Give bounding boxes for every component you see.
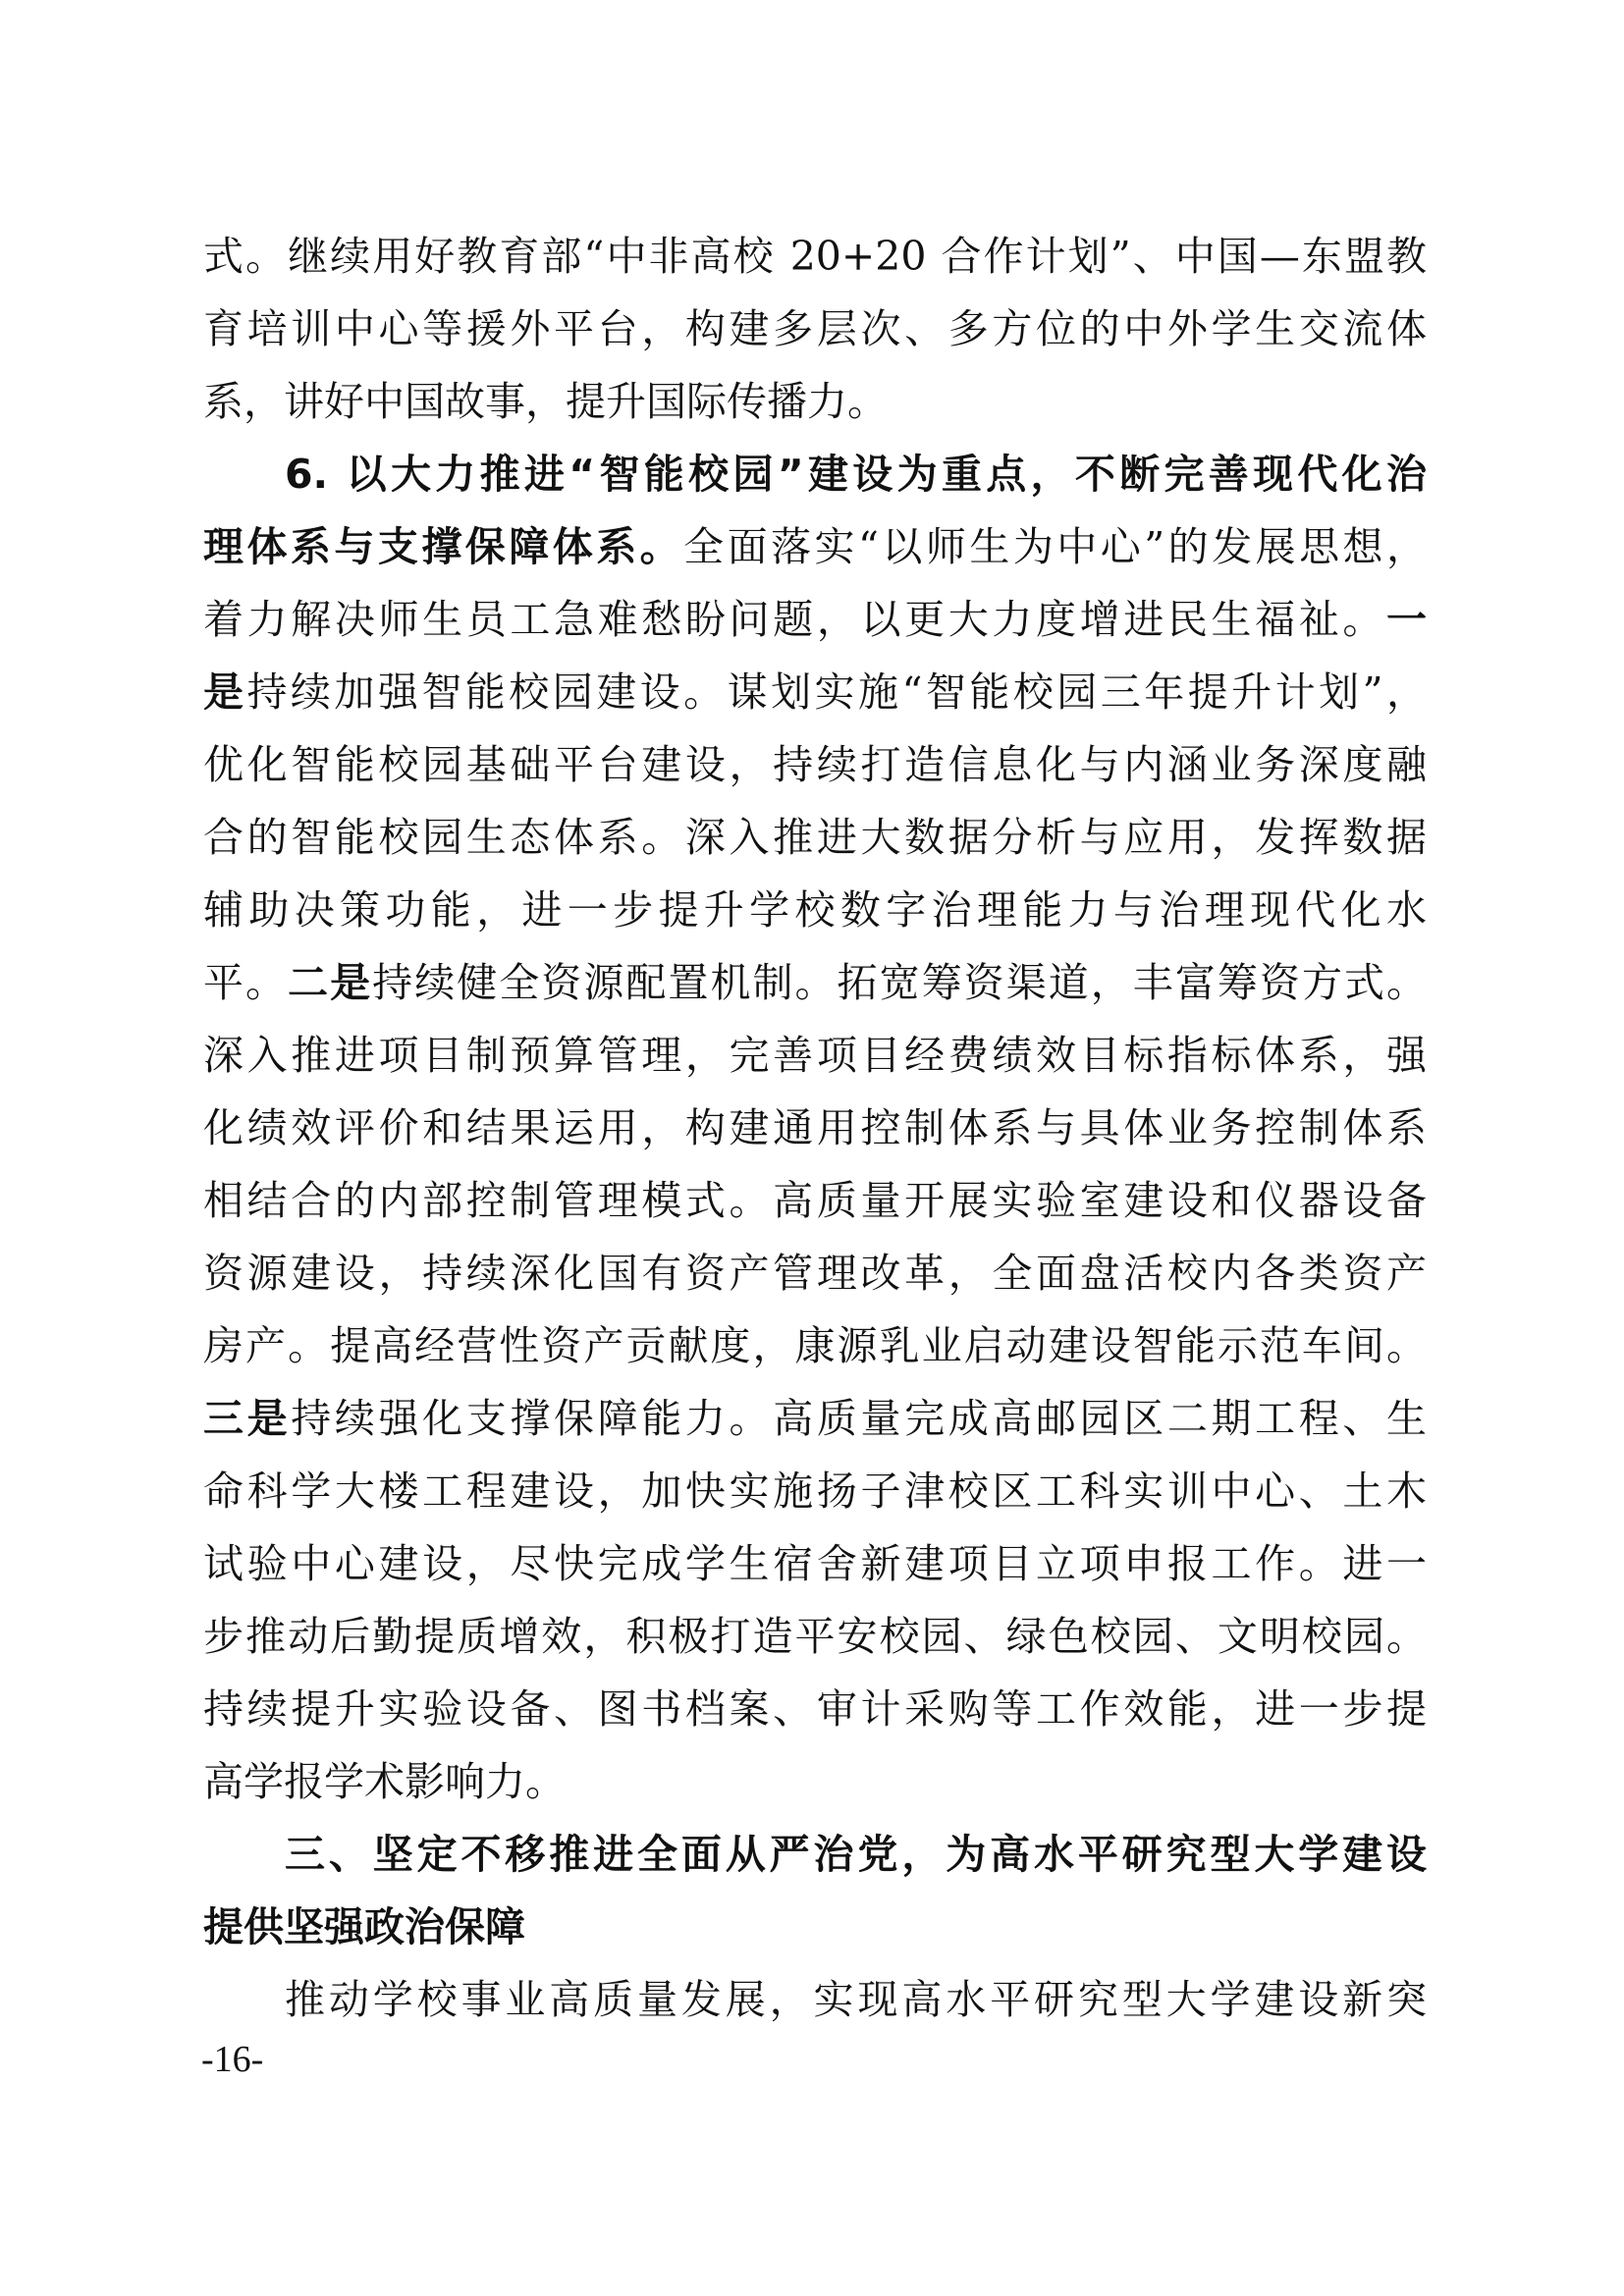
text-run: 试验中心建设，尽快完成学生宿舍新建项目立项申报工作。进一 bbox=[203, 1540, 1427, 1587]
bold-text-run: 二是 bbox=[288, 959, 372, 1006]
text-run: 辅助决策功能，进一步提升学校数字治理能力与治理现代化水 bbox=[203, 886, 1427, 934]
text-run: 持续强化支撑保障能力。高质量完成高邮园区二期工程、生 bbox=[291, 1395, 1427, 1442]
text-run: 持续提升实验设备、图书档案、审计采购等工作效能，进一步提 bbox=[203, 1685, 1427, 1733]
text-run: 高学报学术影响力。 bbox=[203, 1758, 566, 1805]
text-run: 化绩效评价和结果运用，构建通用控制体系与具体业务控制体系 bbox=[203, 1104, 1427, 1151]
body-line: 命科学大楼工程建设，加快实施扬子津校区工科实训中心、土木 bbox=[203, 1455, 1427, 1527]
body-line: 系，讲好中国故事，提升国际传播力。 bbox=[203, 365, 1427, 438]
bold-text-run: 提供坚强政治保障 bbox=[203, 1903, 525, 1950]
text-run: 相结合的内部控制管理模式。高质量开展实验室建设和仪器设备 bbox=[203, 1177, 1427, 1224]
bold-text-run: 三、坚定不移推进全面从严治党，为高水平研究型大学建设 bbox=[285, 1831, 1427, 1878]
text-run: 式。继续用好教育部“中非高校 20+20 合作计划”、中国—东盟教 bbox=[203, 233, 1427, 280]
body-line: 合的智能校园生态体系。深入推进大数据分析与应用，发挥数据 bbox=[203, 801, 1427, 874]
body-line: 辅助决策功能，进一步提升学校数字治理能力与治理现代化水 bbox=[203, 874, 1427, 946]
page-number: -16- bbox=[201, 2038, 263, 2081]
text-run: 资源建设，持续深化国有资产管理改革，全面盘活校内各类资产 bbox=[203, 1250, 1427, 1297]
body-line: 持续提升实验设备、图书档案、审计采购等工作效能，进一步提 bbox=[203, 1673, 1427, 1745]
body-line: 优化智能校园基础平台建设，持续打造信息化与内涵业务深度融 bbox=[203, 728, 1427, 801]
body-line: 资源建设，持续深化国有资产管理改革，全面盘活校内各类资产 bbox=[203, 1237, 1427, 1309]
text-run: 系，讲好中国故事，提升国际传播力。 bbox=[203, 378, 888, 425]
body-line: 理体系与支撑保障体系。全面落实“以师生为中心”的发展思想， bbox=[203, 510, 1427, 583]
body-line: 式。继续用好教育部“中非高校 20+20 合作计划”、中国—东盟教 bbox=[203, 220, 1427, 293]
text-run: 命科学大楼工程建设，加快实施扬子津校区工科实训中心、土木 bbox=[203, 1468, 1427, 1515]
text-run: 育培训中心等援外平台，构建多层次、多方位的中外学生交流体 bbox=[203, 305, 1427, 352]
body-line: 化绩效评价和结果运用，构建通用控制体系与具体业务控制体系 bbox=[203, 1092, 1427, 1164]
body-line: 三是持续强化支撑保障能力。高质量完成高邮园区二期工程、生 bbox=[203, 1382, 1427, 1455]
body-line: 高学报学术影响力。 bbox=[203, 1745, 1427, 1818]
body-line: 相结合的内部控制管理模式。高质量开展实验室建设和仪器设备 bbox=[203, 1164, 1427, 1237]
text-run: 优化智能校园基础平台建设，持续打造信息化与内涵业务深度融 bbox=[203, 741, 1427, 788]
chapter-heading-3: 三、坚定不移推进全面从严治党，为高水平研究型大学建设 bbox=[285, 1818, 1427, 1891]
bold-text-run: 6. 以大力推进“智能校园”建设为重点，不断完善现代化治 bbox=[285, 451, 1427, 498]
text-run: 合的智能校园生态体系。深入推进大数据分析与应用，发挥数据 bbox=[203, 814, 1427, 861]
text-run: 房产。提高经营性资产贡献度，康源乳业启动建设智能示范车间。 bbox=[203, 1322, 1427, 1369]
chapter-heading-3-cont: 提供坚强政治保障 bbox=[203, 1891, 1427, 1963]
bold-text-run: 是 bbox=[203, 668, 246, 716]
text-run: 步推动后勤提质增效，积极打造平安校园、绿色校园、文明校园。 bbox=[203, 1613, 1427, 1660]
section-heading-6: 6. 以大力推进“智能校园”建设为重点，不断完善现代化治 bbox=[285, 438, 1427, 510]
bold-text-run: 三是 bbox=[203, 1395, 291, 1442]
body-line: 是持续加强智能校园建设。谋划实施“智能校园三年提升计划”， bbox=[203, 656, 1427, 728]
document-page: 式。继续用好教育部“中非高校 20+20 合作计划”、中国—东盟教 育培训中心等… bbox=[0, 0, 1624, 2296]
bold-text-run: 一 bbox=[1386, 596, 1427, 643]
text-run: 着力解决师生员工急难愁盼问题，以更大力度增进民生福祉。 bbox=[203, 596, 1386, 643]
body-line: 着力解决师生员工急难愁盼问题，以更大力度增进民生福祉。一 bbox=[203, 583, 1427, 656]
text-run: 深入推进项目制预算管理，完善项目经费绩效目标指标体系，强 bbox=[203, 1032, 1427, 1079]
bold-text-run: 理体系与支撑保障体系。 bbox=[203, 523, 683, 570]
body-line: 深入推进项目制预算管理，完善项目经费绩效目标指标体系，强 bbox=[203, 1019, 1427, 1092]
body-line: 试验中心建设，尽快完成学生宿舍新建项目立项申报工作。进一 bbox=[203, 1527, 1427, 1600]
body-line: 房产。提高经营性资产贡献度，康源乳业启动建设智能示范车间。 bbox=[203, 1309, 1427, 1382]
text-run: 持续健全资源配置机制。拓宽筹资渠道，丰富筹资方式。 bbox=[372, 959, 1427, 1006]
body-line: 平。二是持续健全资源配置机制。拓宽筹资渠道，丰富筹资方式。 bbox=[203, 946, 1427, 1019]
text-run: 平。 bbox=[203, 959, 288, 1006]
text-run: 全面落实“以师生为中心”的发展思想， bbox=[683, 523, 1427, 570]
body-line: 育培训中心等援外平台，构建多层次、多方位的中外学生交流体 bbox=[203, 293, 1427, 365]
body-line: 步推动后勤提质增效，积极打造平安校园、绿色校园、文明校园。 bbox=[203, 1600, 1427, 1673]
body-line: 推动学校事业高质量发展，实现高水平研究型大学建设新突 bbox=[285, 1963, 1427, 2036]
text-run: 持续加强智能校园建设。谋划实施“智能校园三年提升计划”， bbox=[246, 668, 1427, 716]
text-run: 推动学校事业高质量发展，实现高水平研究型大学建设新突 bbox=[285, 1976, 1427, 2023]
